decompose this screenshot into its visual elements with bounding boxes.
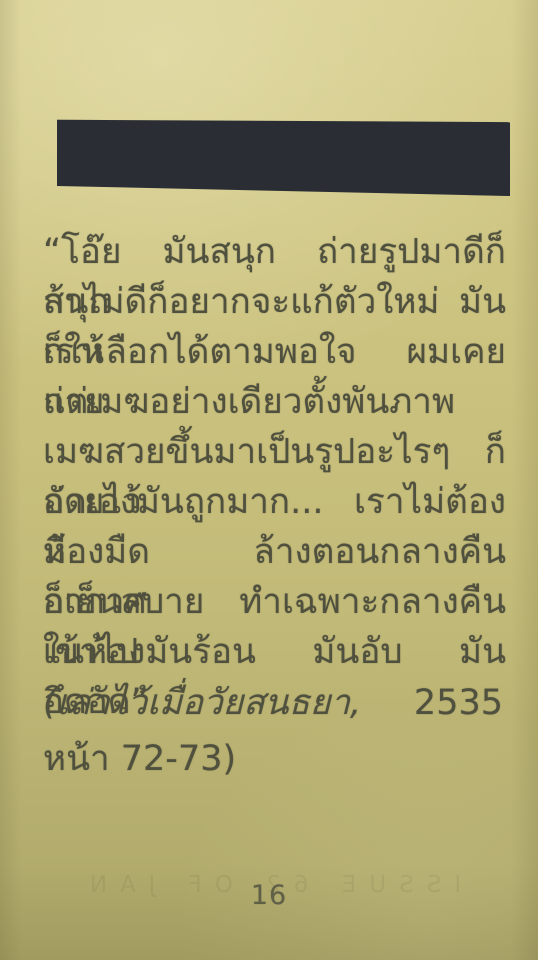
quote-line: ถ้าไม่ดีก็อยากจะแก้ตัวใหม่ มันก็ให้ (43, 277, 506, 327)
quote-line: “โอ๊ย มันสนุก ถ่ายรูปมาดีก็สนุก (43, 227, 506, 277)
quote-line: ห้องมืด ล้างตอนกลางคืน อากาศ (43, 527, 506, 577)
citation-source-line: (เล่าไว้เมื่อวัยสนธยา, 2535 (43, 677, 503, 729)
quote-line: เมฆสวยขึ้นมาเป็นรูปอะไรๆ ก็ถ่ายไว้ (43, 427, 506, 477)
page-number: 16 (0, 880, 538, 911)
citation-book-title: (เล่าไว้เมื่อวัยสนธยา, (43, 683, 361, 723)
quote-line: แต่เมฆอย่างเดียวตั้งพันภาพ (43, 377, 506, 427)
citation-year: 2535 (414, 683, 503, 723)
book-page-photo: “โอ๊ย มันสนุก ถ่ายรูปมาดีก็สนุก ถ้าไม่ดี… (0, 0, 538, 960)
quote-block: “โอ๊ย มันสนุก ถ่ายรูปมาดีก็สนุก ถ้าไม่ดี… (43, 227, 506, 677)
citation-page-range: หน้า 72-73) (43, 733, 503, 785)
quote-line: ในห้องมันร้อน มันอับ มันอึดอัด” (43, 627, 506, 677)
quote-line: เราเลือกได้ตามพอใจ ผมเคยถ่าย (43, 327, 506, 377)
quote-line: อัดเองมันถูกมาก... เราไม่ต้องมี (43, 477, 506, 527)
redacted-heading-bar (57, 119, 510, 196)
citation-block: (เล่าไว้เมื่อวัยสนธยา, 2535 หน้า 72-73) (43, 677, 503, 785)
quote-line: ก็เย็นสบาย ทำเฉพาะกลางคืน เข้าไป (43, 577, 506, 627)
